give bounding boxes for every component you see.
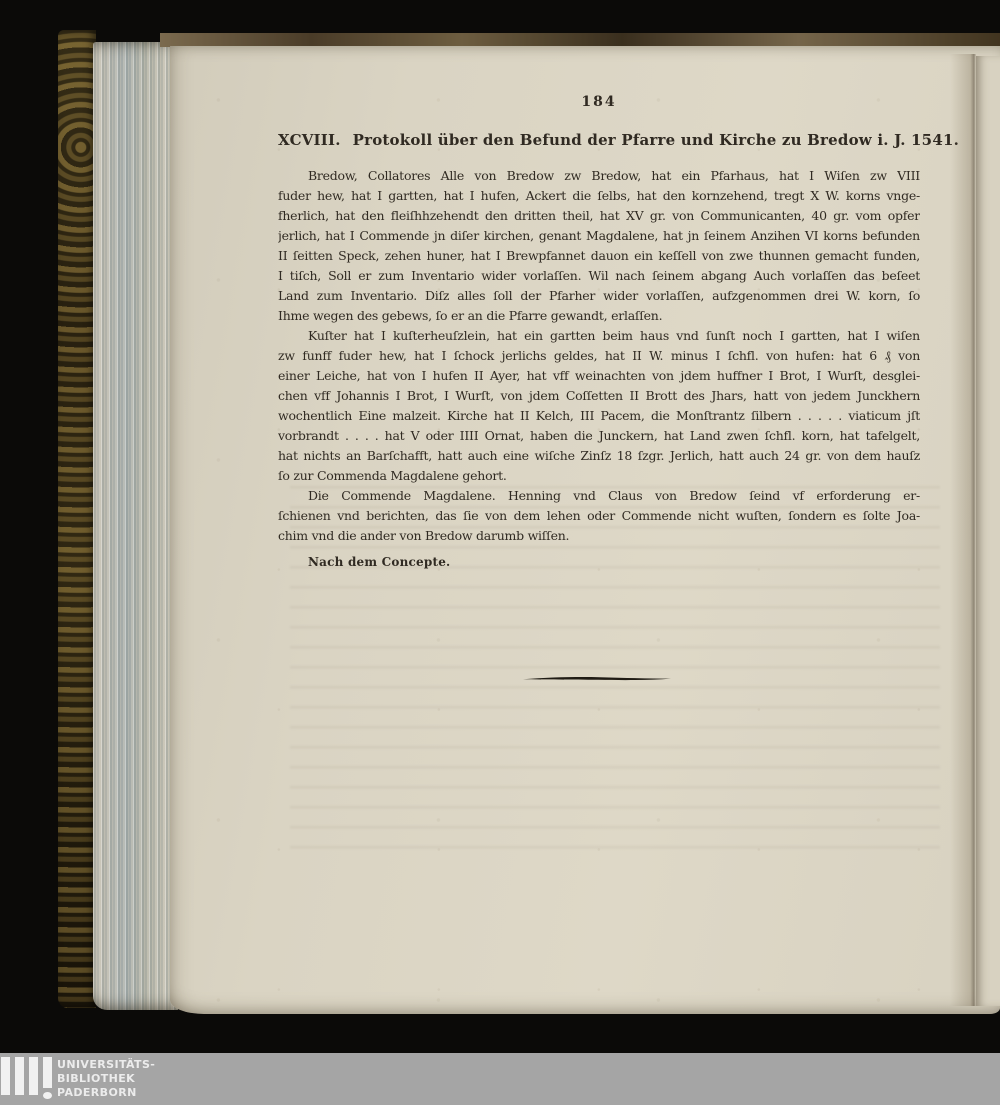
- text-line: jerlich, hat I Commende jn diſer kirchen…: [278, 226, 920, 246]
- text-line: Ihme wegen des gebews, ſo er an die Pfar…: [278, 306, 920, 326]
- heading-title: Protokoll über den Befund der Pfarre und…: [353, 131, 959, 149]
- body-paragraph: Die Commende Magdalene. Henning vnd Clau…: [278, 486, 920, 546]
- heading-numeral: XCVIII.: [278, 131, 341, 149]
- book-top-edge: [160, 33, 1000, 47]
- logo-bar: [1, 1057, 10, 1095]
- text-line: chim vnd die ander von Bredow darumb wiſ…: [278, 526, 920, 546]
- facing-page-edge: [976, 56, 1000, 1006]
- book-scan-photo: 184 XCVIII.Protokoll über den Befund der…: [0, 0, 1000, 1105]
- logo-bar: [15, 1057, 24, 1095]
- library-name: UNIVERSITÄTS-BIBLIOTHEKPADERBORN: [57, 1058, 155, 1100]
- section-heading: XCVIII.Protokoll über den Befund der Pfa…: [278, 131, 920, 149]
- body-paragraph: Bredow, Collatores Alle von Bredow zw Br…: [278, 166, 920, 326]
- text-line: fherlich, hat den fleiſhhzehendt den dri…: [278, 206, 920, 226]
- text-line: Land zum Inventario. Diſz alles ſoll der…: [278, 286, 920, 306]
- text-line: einer Leiche, hat von I hufen II Ayer, h…: [278, 366, 920, 386]
- text-line: ſchienen vnd berichten, das ſie von dem …: [278, 506, 920, 526]
- body-paragraph: Kuſter hat I kuſterheuſzlein, hat ein ga…: [278, 326, 920, 486]
- text-line: PADERBORN: [57, 1086, 155, 1100]
- text-line: ſo zur Commenda Magdalene gehort.: [278, 466, 920, 486]
- page-edge-stack: [93, 42, 178, 1010]
- watermark-band: UNIVERSITÄTS-BIBLIOTHEKPADERBORN: [0, 1053, 1000, 1105]
- text-line: zw funff fuder hew, hat I ſchock jerlich…: [278, 346, 920, 366]
- body-text: Bredow, Collatores Alle von Bredow zw Br…: [278, 166, 920, 546]
- text-line: vorbrandt . . . . hat V oder IIII Ornat,…: [278, 426, 920, 446]
- text-line: I tiſch, Soll er zum Inventario wider vo…: [278, 266, 920, 286]
- text-line: UNIVERSITÄTS-: [57, 1058, 155, 1072]
- book-page: 184 XCVIII.Protokoll über den Befund der…: [170, 46, 1000, 1014]
- page-number: 184: [278, 94, 920, 110]
- text-line: hat nichts an Barſchafft, hatt auch eine…: [278, 446, 920, 466]
- page-gutter-crease: [950, 54, 976, 1006]
- text-line: II ſeitten Speck, zehen huner, hat I Bre…: [278, 246, 920, 266]
- ink-divider-stroke: [522, 674, 672, 684]
- text-line: Die Commende Magdalene. Henning vnd Clau…: [278, 486, 920, 506]
- text-line: chen vff Johannis I Brot, I Wurſt, von j…: [278, 386, 920, 406]
- text-line: Bredow, Collatores Alle von Bredow zw Br…: [278, 166, 920, 186]
- marbled-cover-edge: [58, 30, 96, 1008]
- logo-exclamation-dot: [43, 1092, 52, 1099]
- logo-bar: [29, 1057, 38, 1095]
- printed-text-column: 184 XCVIII.Protokoll über den Befund der…: [278, 46, 920, 569]
- text-line: wochentlich Eine malzeit. Kirche hat II …: [278, 406, 920, 426]
- text-line: fuder hew, hat I gartten, hat I hufen, A…: [278, 186, 920, 206]
- text-line: BIBLIOTHEK: [57, 1072, 155, 1086]
- text-line: Kuſter hat I kuſterheuſzlein, hat ein ga…: [278, 326, 920, 346]
- source-footnote: Nach dem Concepte.: [308, 555, 920, 569]
- logo-exclamation-bar: [43, 1057, 52, 1088]
